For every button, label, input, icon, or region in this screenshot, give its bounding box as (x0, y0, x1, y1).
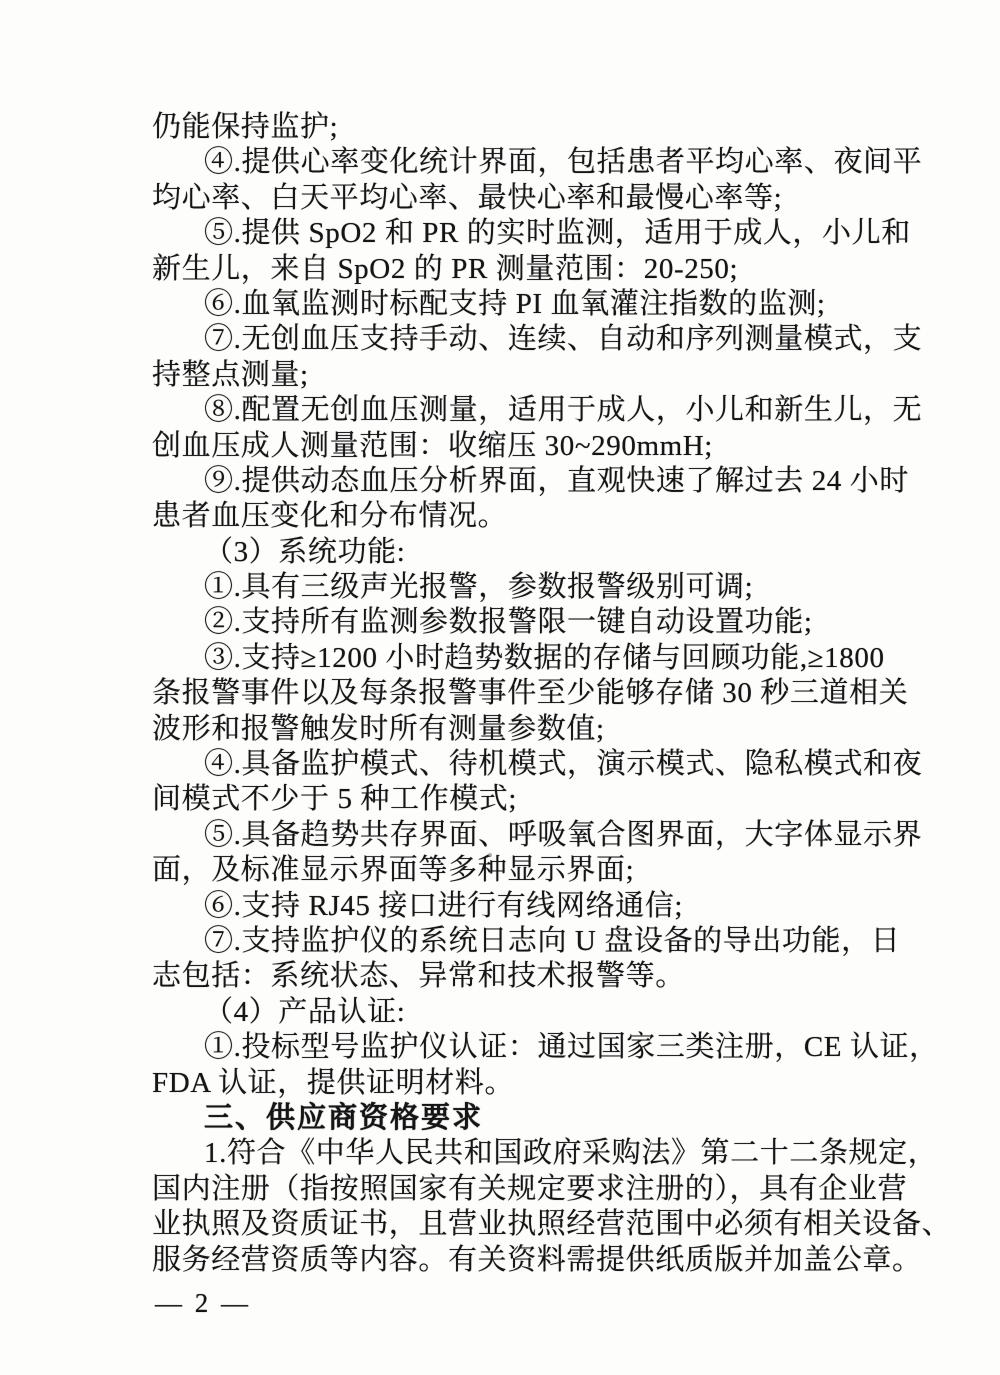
scan-speck-artifact (488, 853, 492, 857)
document-line: ⑦.支持监护仪的系统日志向 U 盘设备的导出功能，日 (152, 924, 882, 959)
document-line: 志包括：系统状态、异常和技术报警等。 (152, 959, 882, 994)
document-line: 均心率、白天平均心率、最快心率和最慢心率等; (152, 181, 882, 216)
document-line: FDA 认证，提供证明材料。 (152, 1066, 882, 1101)
document-line: 条报警事件以及每条报警事件至少能够存储 30 秒三道相关 (152, 676, 882, 711)
document-line: 业执照及资质证书，且营业执照经营范围中必须有相关设备、 (152, 1207, 882, 1242)
document-line: ④.提供心率变化统计界面，包括患者平均心率、夜间平 (152, 145, 882, 180)
document-line: 国内注册（指按照国家有关规定要求注册的），具有企业营 (152, 1172, 882, 1207)
document-line: 波形和报警触发时所有测量参数值; (152, 712, 882, 747)
document-line: （4）产品认证: (152, 995, 882, 1030)
document-line: 间模式不少于 5 种工作模式; (152, 782, 882, 817)
document-line: 患者血压变化和分布情况。 (152, 499, 882, 534)
document-line: ①.投标型号监护仪认证：通过国家三类注册，CE 认证， (152, 1030, 882, 1065)
document-line: 服务经营资质等内容。有关资料需提供纸质版并加盖公章。 (152, 1243, 882, 1278)
document-line: ⑥.支持 RJ45 接口进行有线网络通信; (152, 889, 882, 924)
document-line: ⑥.血氧监测时标配支持 PI 血氧灌注指数的监测; (152, 287, 882, 322)
document-line: 新生儿，来自 SpO2 的 PR 测量范围：20-250; (152, 252, 882, 287)
document-line: 持整点测量; (152, 358, 882, 393)
document-line: 仍能保持监护; (152, 110, 882, 145)
page-number: — 2 — (155, 1288, 251, 1319)
document-line: （3）系统功能: (152, 535, 882, 570)
document-line: ⑨.提供动态血压分析界面，直观快速了解过去 24 小时 (152, 464, 882, 499)
document-line: 1.符合《中华人民共和国政府采购法》第二十二条规定， (152, 1136, 882, 1171)
document-line: ②.支持所有监测参数报警限一键自动设置功能; (152, 605, 882, 640)
document-line: 面，及标准显示界面等多种显示界面; (152, 853, 882, 888)
scanned-document-page: 仍能保持监护;④.提供心率变化统计界面，包括患者平均心率、夜间平均心率、白天平均… (0, 0, 1000, 1375)
document-line: ⑦.无创血压支持手动、连续、自动和序列测量模式，支 (152, 322, 882, 357)
document-text-block: 仍能保持监护;④.提供心率变化统计界面，包括患者平均心率、夜间平均心率、白天平均… (152, 110, 882, 1278)
document-line: ③.支持≥1200 小时趋势数据的存储与回顾功能,≥1800 (152, 641, 882, 676)
document-line: ⑤.具备趋势共存界面、呼吸氧合图界面，大字体显示界 (152, 818, 882, 853)
document-line: ⑤.提供 SpO2 和 PR 的实时监测，适用于成人，小儿和 (152, 216, 882, 251)
section-heading: 三、供应商资格要求 (152, 1101, 882, 1136)
document-line: ④.具备监护模式、待机模式，演示模式、隐私模式和夜 (152, 747, 882, 782)
document-line: ⑧.配置无创血压测量，适用于成人，小儿和新生儿，无 (152, 393, 882, 428)
document-line: ①.具有三级声光报警，参数报警级别可调; (152, 570, 882, 605)
document-line: 创血压成人测量范围：收缩压 30~290mmH; (152, 429, 882, 464)
